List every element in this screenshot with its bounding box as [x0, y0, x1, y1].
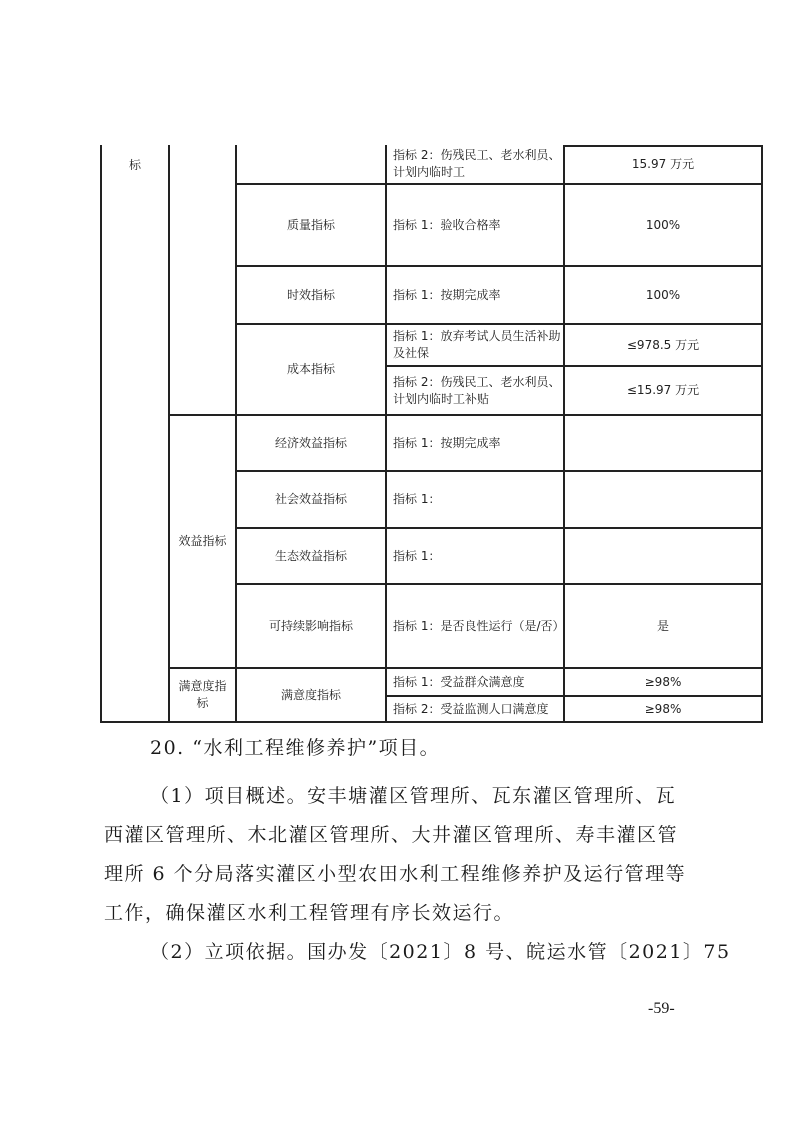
value-cell: 100% [565, 185, 761, 265]
body-line: 工作，确保灌区水利工程管理有序长效运行。 [104, 901, 679, 925]
indicator-cell: 指标 1：按期完成率 [387, 416, 563, 470]
indicator-cell: 指标 1：验收合格率 [387, 185, 563, 265]
value-cell: ≥98% [565, 697, 761, 721]
indicator-cell: 指标 1： [387, 472, 563, 527]
level3-cell: 质量指标 [237, 185, 385, 265]
performance-indicator-table: 标 指标 2：伤残民工、老水利员、计划内临时工 15.97 万元 质量指标 指标… [100, 145, 763, 722]
level3-cell: 经济效益指标 [237, 416, 385, 470]
indicator-cell: 指标 1：按期完成率 [387, 267, 563, 323]
table-border-bottom [100, 721, 763, 723]
indicator-cell: 指标 2：伤残民工、老水利员、计划内临时工 [387, 145, 563, 183]
indicator-cell: 指标 2：伤残民工、老水利员、计划内临时工补贴 [387, 367, 563, 414]
body-line: （1）项目概述。安丰塘灌区管理所、瓦东灌区管理所、瓦 [150, 784, 725, 808]
level3-cell: 满意度指标 [237, 669, 385, 721]
level3-cell: 社会效益指标 [237, 472, 385, 527]
body-line: 理所 6 个分局落实灌区小型农田水利工程维修养护及运行管理等 [104, 862, 679, 886]
level1-label: 标 [102, 153, 168, 177]
indicator-cell: 指标 1：是否良性运行（是/否） [387, 585, 563, 667]
value-cell: 是 [565, 585, 761, 667]
level2-cell: 满意度指标 [174, 669, 231, 721]
value-cell: 15.97 万元 [565, 145, 761, 183]
table-border-right [761, 145, 763, 722]
value-cell: ≤15.97 万元 [565, 367, 761, 414]
level3-cell: 可持续影响指标 [237, 585, 385, 667]
value-cell: ≤978.5 万元 [565, 325, 761, 365]
value-cell: ≥98% [565, 669, 761, 695]
level3-cell: 成本指标 [237, 325, 385, 414]
level3-cell: 时效指标 [237, 267, 385, 323]
body-line: （2）立项依据。国办发〔2021〕8 号、皖运水管〔2021〕75 [150, 940, 725, 964]
table-border-left [100, 145, 102, 722]
page-number: -59- [648, 1000, 675, 1018]
section-heading: 20. “水利工程维修养护”项目。 [150, 736, 725, 760]
level2-cell: 效益指标 [170, 416, 235, 667]
value-cell: 100% [565, 267, 761, 323]
indicator-cell: 指标 1： [387, 529, 563, 583]
level3-cell: 生态效益指标 [237, 529, 385, 583]
indicator-cell: 指标 2：受益监测人口满意度 [387, 697, 563, 721]
indicator-cell: 指标 1：受益群众满意度 [387, 669, 563, 695]
indicator-cell: 指标 1：放弃考试人员生活补助及社保 [387, 325, 563, 365]
body-line: 西灌区管理所、木北灌区管理所、大井灌区管理所、寿丰灌区管 [104, 823, 679, 847]
